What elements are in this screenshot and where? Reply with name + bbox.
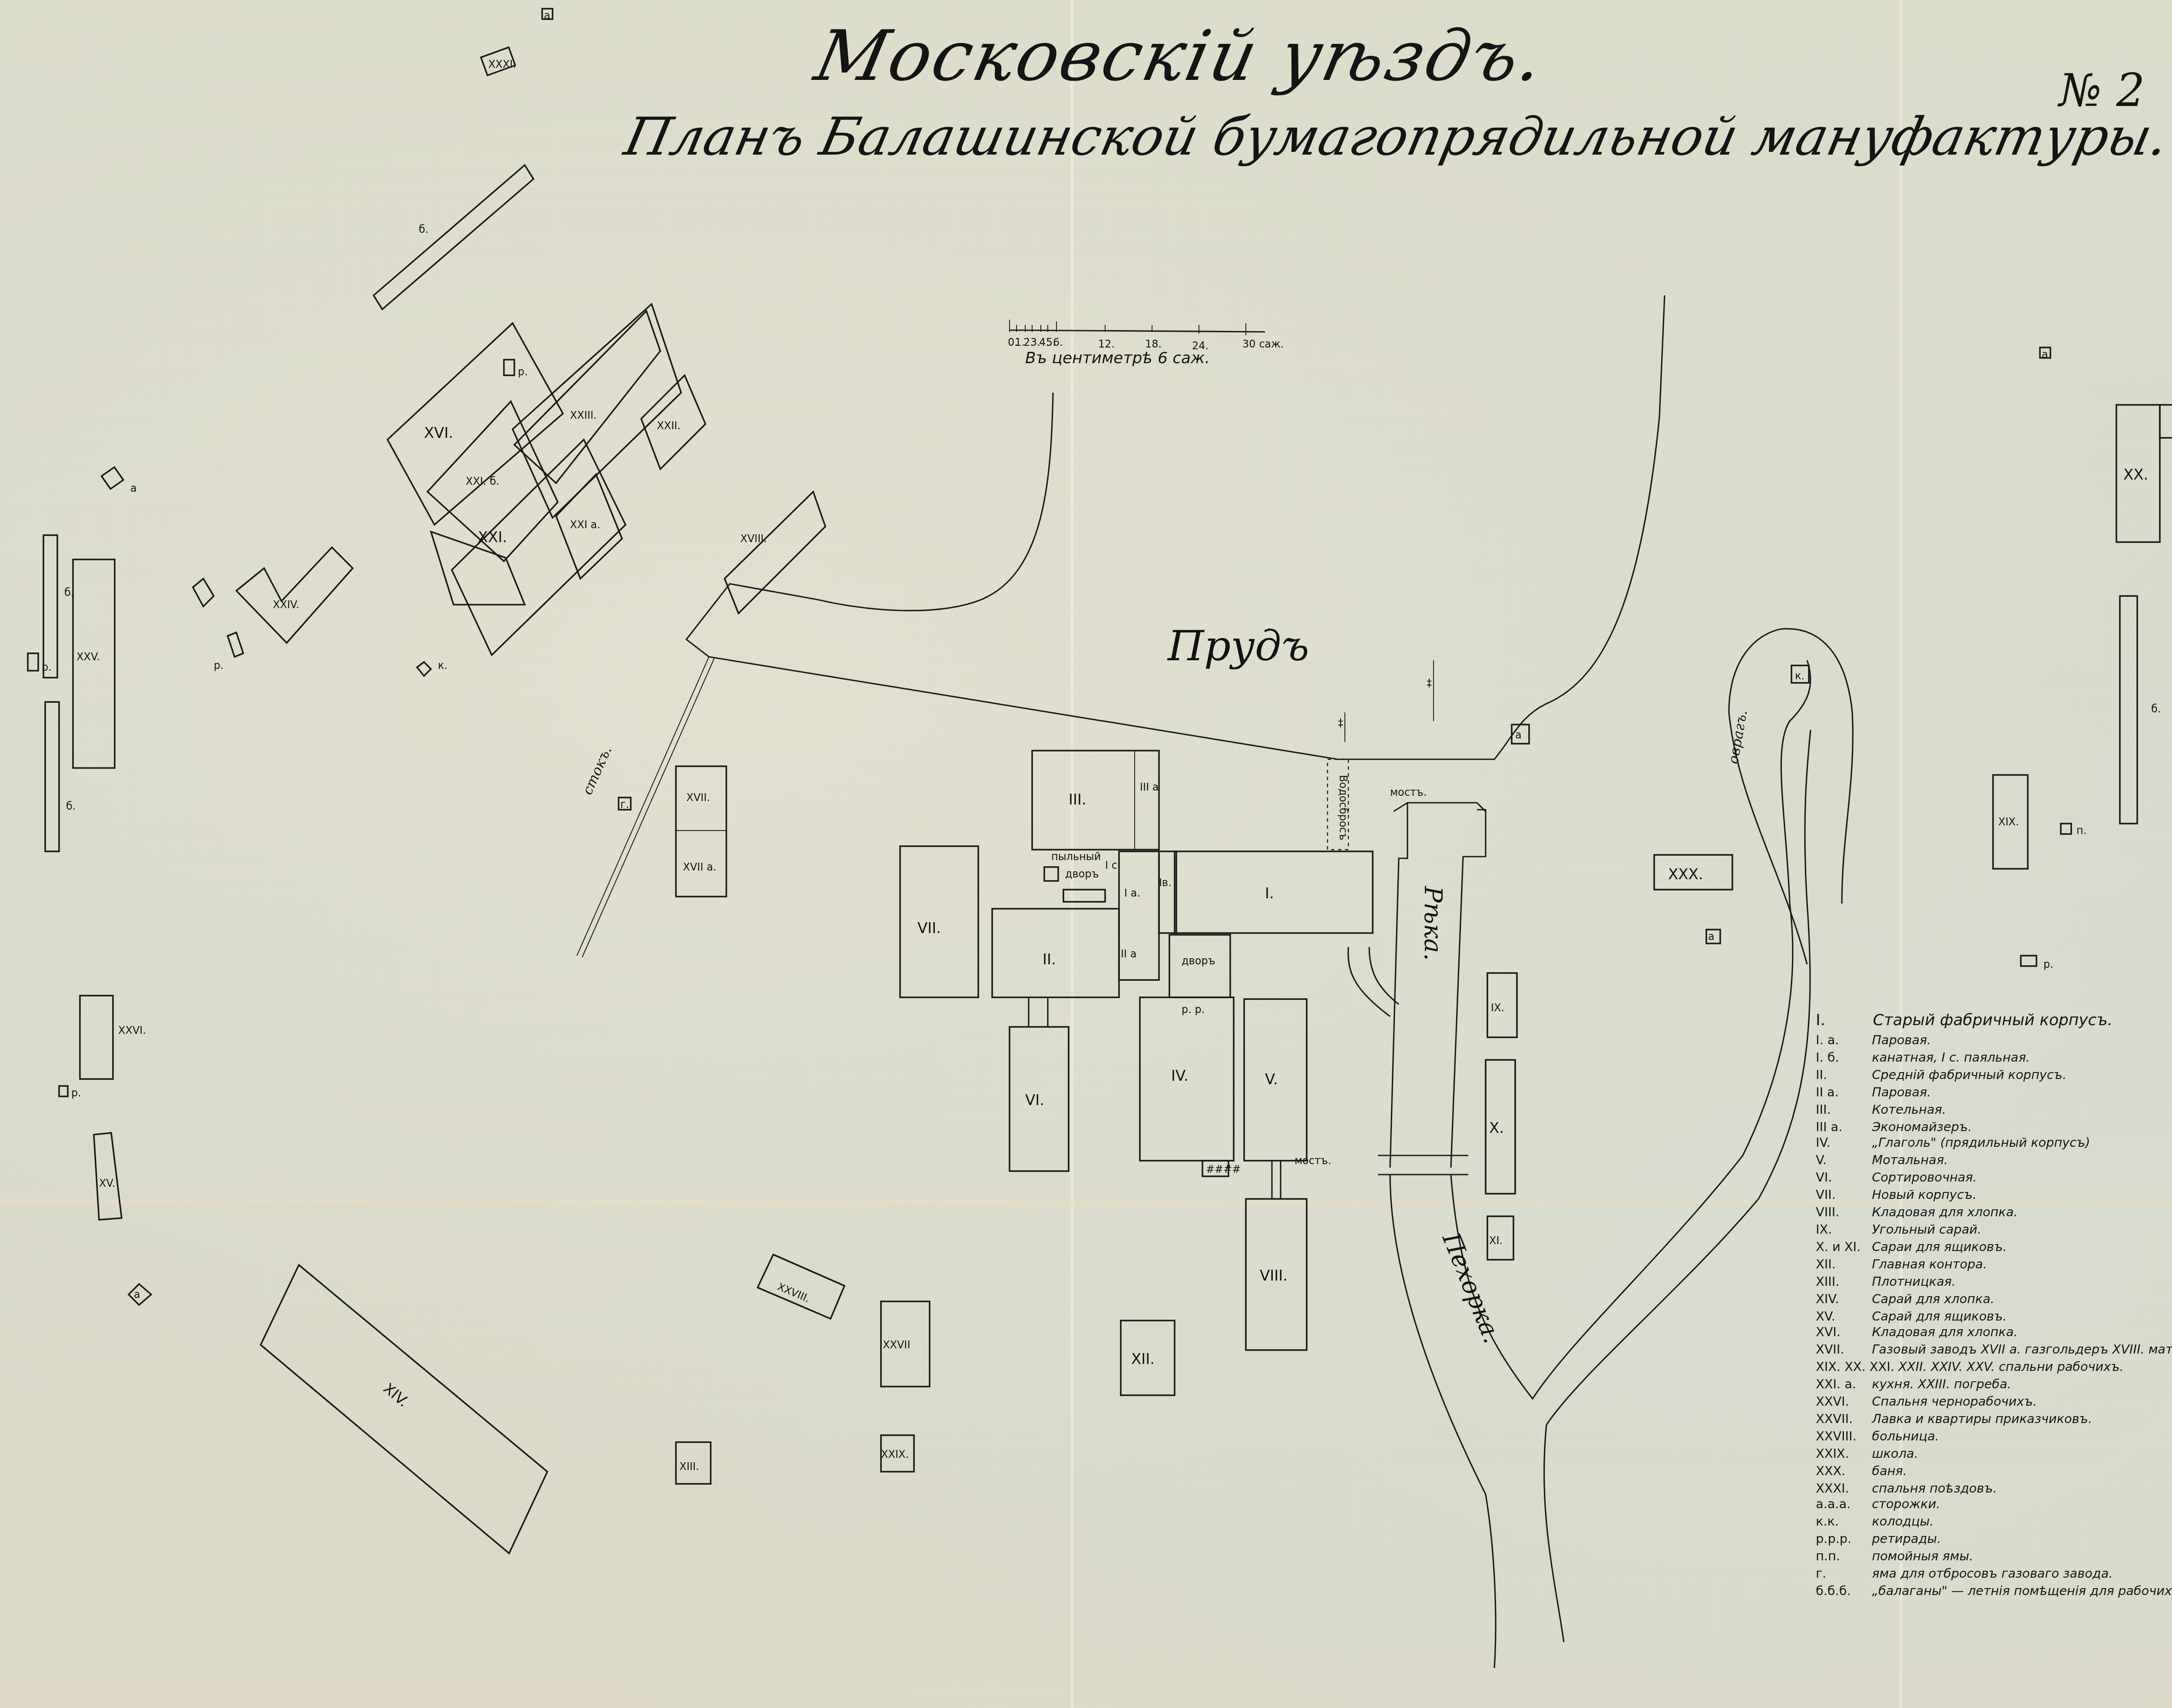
svg-text:XXVI.: XXVI.	[118, 1024, 146, 1036]
east-sheds: IX. X. XI. XXX. а а	[1486, 725, 1732, 1260]
pond: Прудъ	[686, 295, 1665, 759]
svg-text:XXX.: XXX.	[1668, 866, 1703, 883]
svg-text:I.: I.	[1265, 885, 1274, 902]
legend-item: к.к. колодцы.	[1816, 1514, 2172, 1532]
svg-text:дворъ: дворъ	[1182, 955, 1215, 967]
svg-text:XXV.: XXV.	[76, 651, 100, 663]
gas-works: XVII. XVII а.	[676, 766, 726, 897]
legend-item: XXVII. Лавка и квартиры приказчиковъ.	[1816, 1411, 2172, 1428]
building-XVI	[387, 323, 563, 525]
svg-text:р.: р.	[42, 661, 52, 673]
legend-item: I. б. канатная, I с. паяльная.	[1816, 1049, 2172, 1067]
balagan	[43, 535, 57, 678]
legend-item: I. Старый фабричный корпусъ.	[1816, 1011, 2172, 1032]
legend-item: XIV. Сарай для хлопка.	[1816, 1290, 2172, 1307]
legend-item: VII. Новый корпусъ.	[1816, 1187, 2172, 1205]
building-Ib	[1159, 851, 1176, 933]
svg-text:‡: ‡	[1338, 717, 1343, 729]
svg-text:а: а	[130, 482, 137, 494]
svg-text:II.: II.	[1043, 951, 1056, 968]
building-XXIV	[236, 547, 353, 643]
legend-item: а.а.а. сторожки.	[1816, 1497, 2172, 1514]
svg-text:Iв.: Iв.	[1159, 877, 1172, 889]
svg-text:XIII.: XIII.	[679, 1460, 699, 1473]
svg-text:18.: 18.	[1145, 338, 1162, 350]
svg-text:VI.: VI.	[1025, 1092, 1044, 1109]
legend-item: XII. Главная контора.	[1816, 1256, 2172, 1273]
east-buildings: XX. XIX. б. а п. р. п. р.	[1993, 348, 2172, 970]
svg-text:к.: к.	[438, 659, 447, 672]
svg-text:мостъ.: мостъ.	[1390, 786, 1427, 798]
svg-text:р. р.: р. р.	[1182, 1003, 1205, 1016]
svg-text:р.: р.	[2043, 958, 2053, 970]
svg-text:IV.: IV.	[1171, 1067, 1189, 1085]
svg-text:III.: III.	[1069, 791, 1086, 808]
balagan-east	[2120, 596, 2137, 824]
legend-item: VI. Сортировочная.	[1816, 1170, 2172, 1187]
legend-item: X. и XI. Сараи для ящиковъ.	[1816, 1239, 2172, 1256]
svg-text:XXVII: XXVII	[883, 1339, 910, 1351]
svg-text:XVI.: XVI.	[424, 424, 453, 442]
svg-text:XVII.: XVII.	[686, 791, 710, 804]
legend-item: I. а. Паровая.	[1816, 1032, 2172, 1049]
svg-text:VII.: VII.	[917, 920, 941, 937]
building-XV	[94, 1133, 122, 1220]
south-buildings: XII. XIII. XXVII XXIX. XXVIII. XIV. а	[129, 1255, 1175, 1553]
svg-text:пыльный: пыльный	[1051, 851, 1101, 863]
svg-text:стокъ.: стокъ.	[579, 744, 615, 797]
legend-item: II а. Паровая.	[1816, 1084, 2172, 1101]
svg-text:XXIV.: XXIV.	[273, 599, 299, 611]
svg-text:XII.: XII.	[1131, 1351, 1155, 1368]
legend-item: III. Котельная.	[1816, 1101, 2172, 1119]
svg-text:п.: п.	[2076, 824, 2086, 837]
svg-text:XXIX.: XXIX.	[881, 1448, 909, 1460]
legend-item: XXI. а. кухня. XXIII. погреба.	[1816, 1377, 2172, 1394]
svg-text:XVIII.: XVIII.	[740, 533, 767, 545]
legend-item: IX. Угольный сарай.	[1816, 1221, 2172, 1239]
building-Ia	[1119, 851, 1159, 980]
pond-label: Прудъ	[1167, 622, 1309, 670]
legend-item: XVI. Кладовая для хлопка.	[1816, 1325, 2172, 1342]
legend-item: п.п. помойныя ямы.	[1816, 1549, 2172, 1566]
svg-text:V.: V.	[1265, 1071, 1278, 1088]
balagan	[45, 702, 59, 851]
ravine: к. оврагъ.	[1725, 629, 1853, 964]
svg-text:XV.: XV.	[99, 1177, 115, 1189]
legend-item: XXVI. Спальня чернорабочихъ.	[1816, 1394, 2172, 1411]
drain-channel: стокъ. г.	[577, 657, 714, 957]
svg-text:6.: 6.	[1053, 336, 1063, 348]
svg-text:####: ####	[1206, 1163, 1241, 1175]
svg-text:р.: р.	[214, 659, 224, 672]
svg-text:XVII а.: XVII а.	[683, 861, 716, 873]
weir: Водосбросъ ‡ ‡	[1328, 660, 1434, 850]
svg-text:XXVIII.: XXVIII.	[776, 1281, 812, 1305]
svg-text:р.: р.	[71, 1087, 81, 1099]
building-XVIII	[725, 492, 825, 613]
legend-item: XIII. Плотницкая.	[1816, 1273, 2172, 1291]
svg-text:Рѣка.: Рѣка.	[1419, 886, 1447, 961]
svg-text:а: а	[544, 10, 550, 22]
svg-text:XIV.: XIV.	[380, 1380, 412, 1410]
legend-item: VIII. Кладовая для хлопка.	[1816, 1204, 2172, 1221]
svg-text:IX.: IX.	[1491, 1002, 1504, 1014]
building-XXVI	[80, 996, 113, 1079]
svg-text:I с: I с	[1105, 859, 1117, 871]
building-XXV	[73, 559, 115, 768]
svg-text:дворъ: дворъ	[1065, 868, 1099, 880]
svg-text:XXI а.: XXI а.	[570, 519, 600, 531]
svg-text:XXIII.: XXIII.	[570, 409, 597, 421]
balagan-north	[374, 165, 533, 309]
legend-item: IV. „Глаголь" (прядильный корпусъ)	[1816, 1135, 2172, 1153]
northwest-buildings: XVI. XXI. б. XXIII. XXII. XXI а. XXI. XV…	[374, 9, 825, 655]
river: мостъ. Рѣка. мостъ. Пехорка.	[1295, 660, 1811, 1668]
svg-text:XXII.: XXII.	[657, 420, 681, 432]
legend-item: XXVIII. больница.	[1816, 1428, 2172, 1445]
scale-bar: 0. 1. 2. 3. 4. 5. 6. 12. 18. 24. 30 саж.	[1008, 320, 1284, 352]
svg-text:к.: к.	[1795, 670, 1804, 682]
legend-item: XIX. XX. XXI. XXII. XXIV. XXV. спальни р…	[1816, 1359, 2172, 1377]
svg-text:б.: б.	[419, 223, 428, 235]
svg-text:б.: б.	[66, 800, 76, 812]
legend-item: II. Средній фабричный корпусъ.	[1816, 1066, 2172, 1084]
building-XXVIII	[758, 1255, 844, 1319]
legend: I. Старый фабричный корпусъ. I. а. Паров…	[1816, 1011, 2172, 1600]
legend-item: XXIX. школа.	[1816, 1445, 2172, 1463]
legend-item: III а. Экономайзеръ.	[1816, 1118, 2172, 1135]
building-III	[1032, 751, 1159, 850]
map-sheet: Московскій уѣздъ. Планъ Балашинской бума…	[0, 0, 2172, 1708]
svg-text:‡: ‡	[1427, 677, 1432, 689]
svg-text:X.: X.	[1489, 1119, 1504, 1137]
legend-item: XXXI. спальня поѣздовъ.	[1816, 1480, 2172, 1497]
legend-item: V. Мотальная.	[1816, 1152, 2172, 1170]
building-XIV	[261, 1265, 547, 1553]
west-buildings: XXVI. р. XV. XXV. б. б. р. XXIV. р. к. а	[28, 467, 447, 1220]
svg-text:III а: III а	[1140, 781, 1159, 793]
legend-item: б.б.б. „балаганы" — летнія помѣщенія для…	[1816, 1583, 2172, 1600]
svg-text:а: а	[2042, 348, 2048, 361]
svg-text:XIX.: XIX.	[1998, 816, 2019, 828]
legend-item: XV. Сарай для ящиковъ.	[1816, 1307, 2172, 1325]
svg-text:а: а	[134, 1288, 140, 1301]
factory-complex: III. III а I. Iв. I а. II а I с VII. II.…	[900, 751, 1373, 1350]
legend-item: р.р.р. ретирады.	[1816, 1531, 2172, 1549]
svg-text:30 саж.: 30 саж.	[1242, 338, 1284, 350]
legend-item: XXX. баня.	[1816, 1463, 2172, 1480]
svg-text:оврагъ.: оврагъ.	[1725, 709, 1750, 765]
svg-text:XXI. б.: XXI. б.	[466, 475, 500, 487]
svg-text:XXXI.: XXXI.	[488, 58, 516, 70]
svg-text:II а: II а	[1121, 948, 1137, 960]
legend-item: XVII. Газовый заводъ XVII а. газгольдеръ…	[1816, 1342, 2172, 1359]
svg-text:а: а	[1708, 930, 1715, 943]
svg-text:24.: 24.	[1192, 340, 1209, 352]
svg-text:б.: б.	[64, 586, 74, 599]
building-XVII	[676, 766, 726, 897]
svg-text:XX.: XX.	[2123, 466, 2148, 483]
svg-text:р.: р.	[518, 366, 528, 378]
svg-text:г.: г.	[620, 798, 629, 811]
svg-text:XI.: XI.	[1489, 1235, 1503, 1247]
svg-text:Водосбросъ: Водосбросъ	[1337, 775, 1349, 841]
svg-text:I а.: I а.	[1124, 887, 1140, 899]
svg-text:VIII.: VIII.	[1260, 1267, 1288, 1284]
svg-text:12.: 12.	[1098, 338, 1115, 350]
svg-text:а: а	[1515, 729, 1522, 741]
svg-text:б.: б.	[2151, 703, 2161, 715]
svg-text:XXI.: XXI.	[478, 529, 507, 546]
legend-item: г. яма для отбросовъ газоваго завода.	[1816, 1566, 2172, 1583]
